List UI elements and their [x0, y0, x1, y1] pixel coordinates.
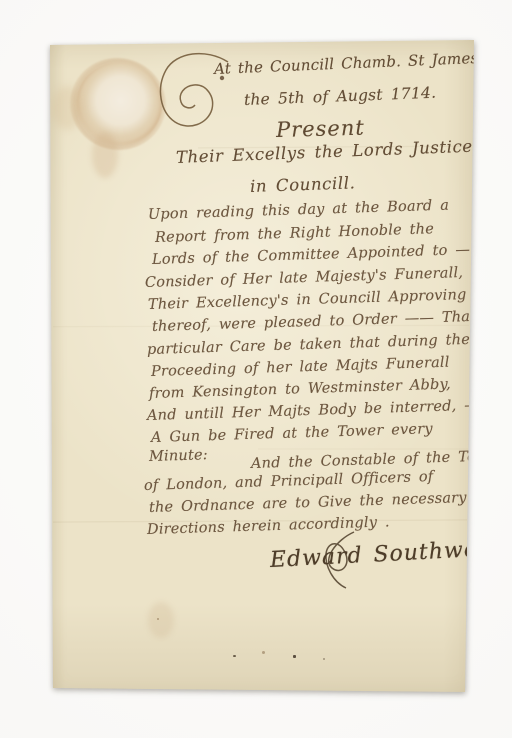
- body-line: A Gun be Fired at the Tower every: [151, 421, 433, 446]
- photo-background: At the Councill Chamb. St James's the 5t…: [0, 0, 512, 738]
- body-line: Minute:: [149, 447, 208, 465]
- ink-speck: [157, 618, 159, 620]
- body-line: Upon reading this day at the Board a: [148, 198, 450, 223]
- body-line: Consider of Her late Majesty's Funerall,: [145, 265, 464, 291]
- ink-speck: [293, 655, 296, 658]
- ink-speck: [262, 651, 265, 654]
- body-line: particular Care be taken that during the: [147, 332, 470, 358]
- body-line: And untill Her Majts Body be interred, —: [147, 398, 479, 424]
- heading-line-1: At the Councill Chamb. St James's: [214, 48, 491, 78]
- paper-surface: At the Councill Chamb. St James's the 5t…: [48, 36, 478, 696]
- body-line: And the Constable of the Tower: [251, 448, 505, 472]
- attendees-line-2: in Councill.: [250, 173, 356, 196]
- paper-smudge: [52, 86, 82, 130]
- ink-speck: [323, 658, 325, 660]
- signature-name: Edward Southwell: [269, 536, 494, 573]
- body-line: Lords of the Committee Appointed to —: [152, 242, 471, 268]
- body-line: of London, and Principall Officers of: [144, 469, 434, 494]
- signature-underline-icon: [342, 572, 494, 588]
- body-line: Their Excellency's in Councill Approving: [148, 287, 467, 313]
- ink-speck: [233, 655, 236, 657]
- wax-seal-stain: [76, 62, 162, 146]
- body-line: Report from the Right Honoble the: [155, 221, 435, 246]
- stain-streak: [92, 132, 118, 178]
- body-line: the Ordnance are to Give the necessary: [149, 490, 467, 516]
- heading-line-2: the 5th of Augst 1714.: [244, 84, 437, 109]
- body-line: thereof, were pleased to Order —— That: [152, 309, 477, 335]
- body-line: from Kensington to Westminster Abby,: [149, 377, 451, 402]
- body-line: Proceeding of her late Majts Funerall: [151, 355, 450, 380]
- letter-paper: At the Councill Chamb. St James's the 5t…: [48, 36, 478, 696]
- paper-smudge: [148, 602, 174, 638]
- present-title: Present: [276, 116, 365, 142]
